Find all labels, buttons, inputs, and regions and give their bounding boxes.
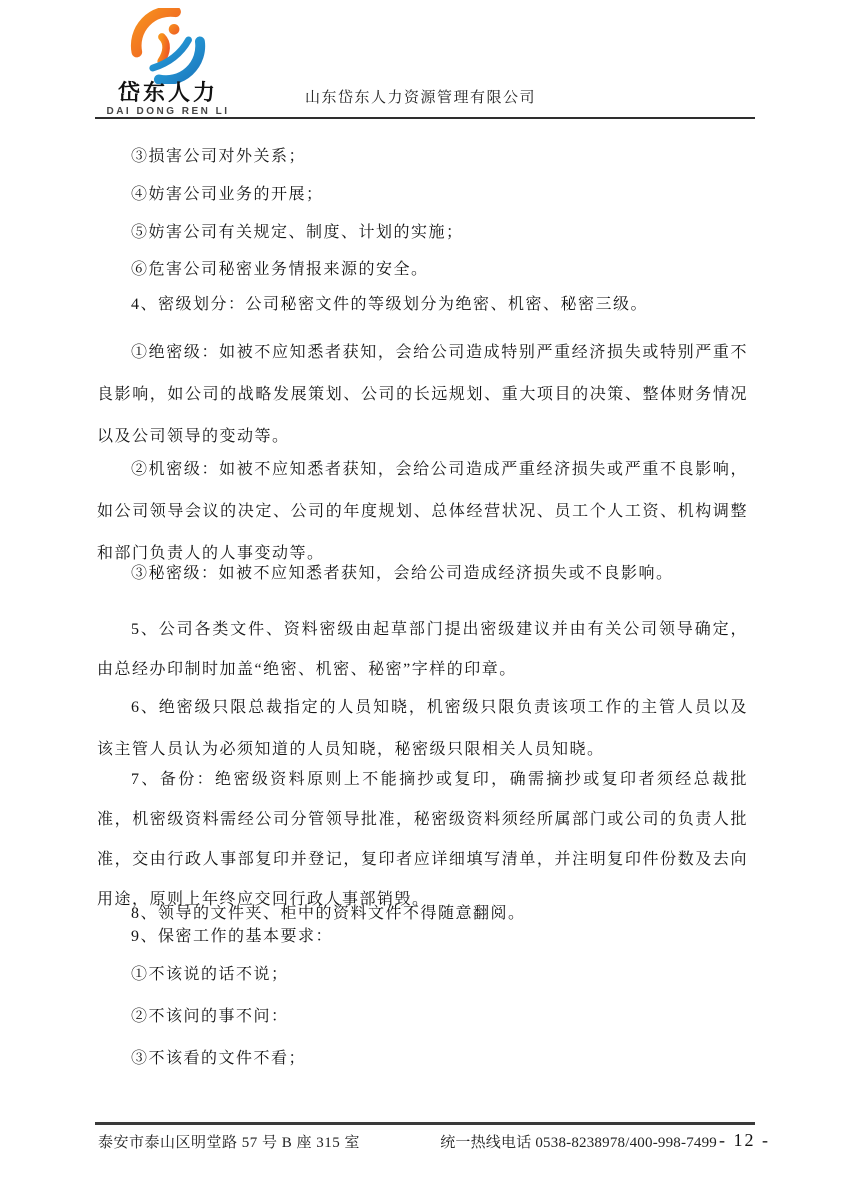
document-page: 岱东人力 DAI DONG REN LI 山东岱东人力资源管理有限公司 ③损害公…: [0, 0, 848, 1200]
company-logo: 岱东人力 DAI DONG REN LI: [98, 8, 238, 118]
clause-9: 9、保密工作的基本要求：: [97, 925, 782, 949]
header-divider: [95, 117, 755, 119]
clause-4-level-1: ①绝密级：如被不应知悉者获知，会给公司造成特别严重经济损失或特别严重不良影响，如…: [97, 332, 748, 458]
company-name: 山东岱东人力资源管理有限公司: [305, 86, 536, 107]
clause-4-level-2: ②机密级：如被不应知悉者获知，会给公司造成严重经济损失或严重不良影响，如公司领导…: [97, 449, 748, 575]
clause-5: 5、公司各类文件、资料密级由起草部门提出密级建议并由有关公司领导确定，由总经办印…: [97, 610, 748, 690]
footer-hotline: 统一热线电话 0538-8238978/400-998-7499: [440, 1131, 717, 1152]
clause-4: 4、密级划分：公司秘密文件的等级划分为绝密、机密、秘密三级。: [97, 293, 782, 317]
footer-divider: [95, 1122, 755, 1125]
list-item-4: ④妨害公司业务的开展；: [97, 183, 782, 207]
footer-address: 泰安市泰山区明堂路 57 号 B 座 315 室: [98, 1131, 360, 1152]
clause-7: 7、备份：绝密级资料原则上不能摘抄或复印，确需摘抄或复印者须经总裁批准，机密级资…: [97, 760, 748, 920]
list-item-6: ⑥危害公司秘密业务情报来源的安全。: [97, 258, 782, 282]
list-item-3: ③损害公司对外关系；: [97, 145, 782, 169]
req-item-3: ③不该看的文件不看；: [97, 1047, 782, 1071]
clause-4-level-3: ③秘密级：如被不应知悉者获知，会给公司造成经济损失或不良影响。: [97, 562, 782, 586]
list-item-5: ⑤妨害公司有关规定、制度、计划的实施；: [97, 221, 782, 245]
logo-mark-icon: [130, 8, 206, 84]
page-number: - 12 -: [719, 1130, 770, 1151]
logo-title: 岱东人力: [98, 82, 238, 104]
req-item-2: ②不该问的事不问：: [97, 1005, 782, 1029]
clause-8: 8、领导的文件夹、柜中的资料文件不得随意翻阅。: [97, 902, 782, 926]
req-item-1: ①不该说的话不说；: [97, 963, 782, 987]
clause-6: 6、绝密级只限总裁指定的人员知晓，机密级只限负责该项工作的主管人员以及该主管人员…: [97, 687, 748, 771]
